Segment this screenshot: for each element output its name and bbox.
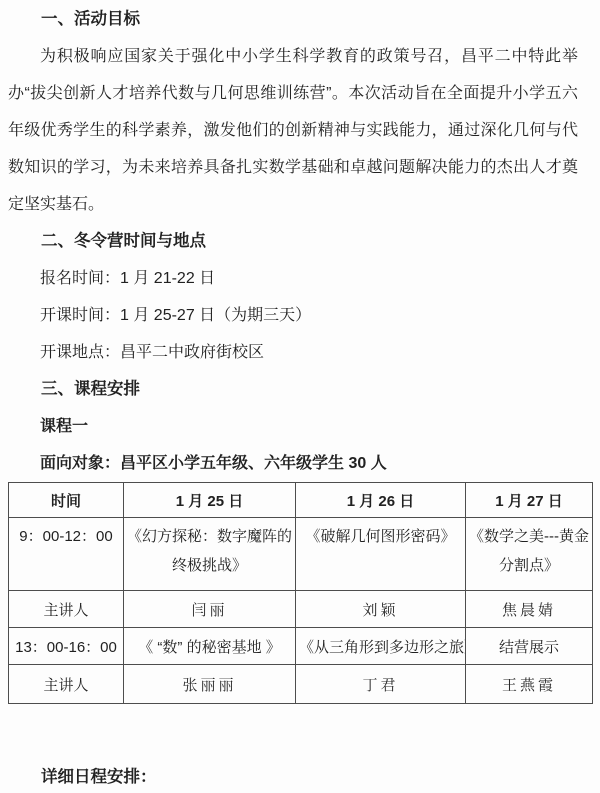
afternoon-teacher-day1: 张丽丽	[124, 665, 296, 704]
morning-course-day2: 《破解几何图形密码》	[296, 518, 466, 591]
class-start-time-line: 开课时间：1 月 25-27 日（为期三天）	[8, 297, 592, 334]
table-header-row: 时间 1 月 25 日 1 月 26 日 1 月 27 日	[9, 483, 593, 518]
target-audience-line: 面向对象：昌平区小学五年级、六年级学生 30 人	[8, 445, 592, 482]
section-1-paragraph: 为积极响应国家关于强化中小学生科学教育的政策号召，昌平二中特此举办“拔尖创新人才…	[8, 38, 592, 223]
morning-course-day1: 《幻方探秘：数字魔阵的终极挑战》	[124, 518, 296, 591]
afternoon-course-day1: 《 “数” 的秘密基地 》	[124, 628, 296, 665]
section-2-title: 二、冬令营时间与地点	[8, 223, 592, 260]
header-cell-day1: 1 月 25 日	[124, 483, 296, 518]
morning-course-day3: 《数学之美---黄金分割点》	[466, 518, 593, 591]
teacher-label-cell: 主讲人	[9, 591, 124, 628]
morning-time-cell: 9：00-12：00	[9, 518, 124, 591]
header-cell-day2: 1 月 26 日	[296, 483, 466, 518]
morning-teacher-day2: 刘颖	[296, 591, 466, 628]
header-cell-day3: 1 月 27 日	[466, 483, 593, 518]
registration-time-line: 报名时间：1 月 21-22 日	[8, 260, 592, 297]
header-cell-time: 时间	[9, 483, 124, 518]
section-1-title: 一、活动目标	[8, 1, 592, 38]
afternoon-teacher-day3: 王燕霞	[466, 665, 593, 704]
document-page: 一、活动目标 为积极响应国家关于强化中小学生科学教育的政策号召，昌平二中特此举办…	[0, 0, 600, 793]
afternoon-course-day2: 《从三角形到多边形之旅》	[296, 628, 466, 665]
afternoon-course-row: 13：00-16：00 《 “数” 的秘密基地 》 《从三角形到多边形之旅》 结…	[9, 628, 593, 665]
morning-teacher-day3: 焦晨婧	[466, 591, 593, 628]
afternoon-course-day3: 结营展示	[466, 628, 593, 665]
detailed-schedule-heading: 详细日程安排：	[8, 762, 592, 792]
afternoon-teacher-row: 主讲人 张丽丽 丁君 王燕霞	[9, 665, 593, 704]
morning-teacher-day1: 闫丽	[124, 591, 296, 628]
morning-course-row: 9：00-12：00 《幻方探秘：数字魔阵的终极挑战》 《破解几何图形密码》 《…	[9, 518, 593, 591]
afternoon-time-cell: 13：00-16：00	[9, 628, 124, 665]
course-schedule-table: 时间 1 月 25 日 1 月 26 日 1 月 27 日 9：00-12：00…	[8, 482, 593, 704]
course-one-label: 课程一	[8, 408, 592, 445]
morning-teacher-row: 主讲人 闫丽 刘颖 焦晨婧	[9, 591, 593, 628]
class-location-line: 开课地点：昌平二中政府街校区	[8, 334, 592, 371]
afternoon-teacher-day2: 丁君	[296, 665, 466, 704]
teacher-label-cell: 主讲人	[9, 665, 124, 704]
section-3-title: 三、课程安排	[8, 371, 592, 408]
